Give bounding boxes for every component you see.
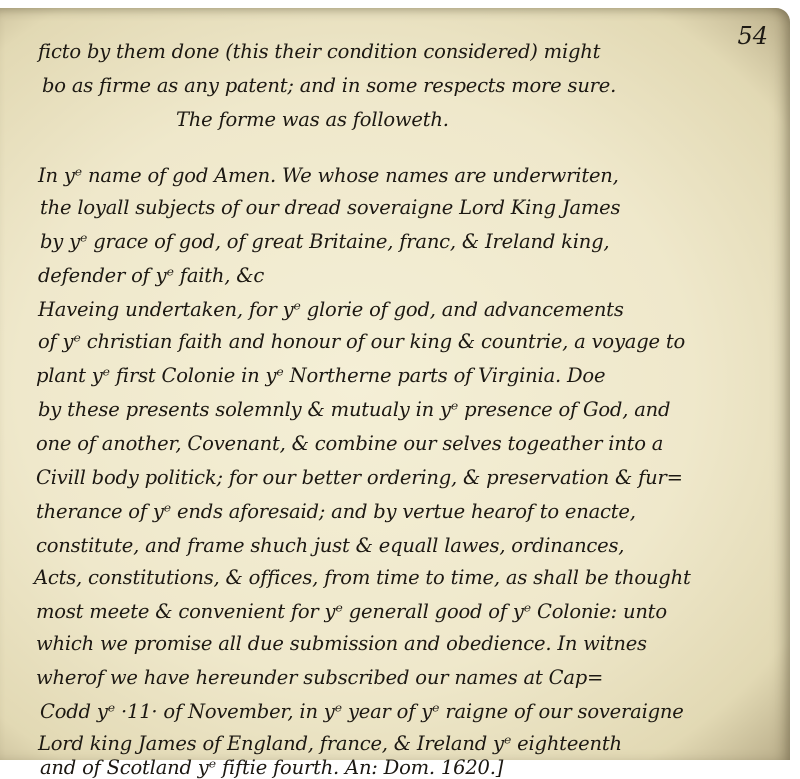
- compact-line-8: by these presents solemnly & mutualy in …: [38, 398, 670, 421]
- compact-line-15: which we promise all due submission and …: [36, 632, 647, 655]
- compact-line-5: Haveing undertaken, for yᵉ glorie of god…: [38, 298, 624, 321]
- compact-line-1: In yᵉ name of god Amen. We whose names a…: [38, 164, 619, 187]
- compact-line-4: defender of yᵉ faith, &c: [38, 264, 264, 287]
- compact-line-13: Acts, constitutions, & offices, from tim…: [34, 566, 691, 589]
- compact-line-16: wherof we have hereunder subscribed our …: [36, 666, 603, 689]
- compact-line-14: most meete & convenient for yᵉ generall …: [36, 600, 667, 623]
- compact-line-12: constitute, and frame shuch just & equal…: [36, 534, 624, 557]
- preamble-line-2: bo as firme as any patent; and in some r…: [42, 74, 616, 97]
- page-number: 54: [737, 22, 768, 50]
- compact-line-10: Civill body politick; for our better ord…: [36, 466, 683, 489]
- compact-line-9: one of another, Covenant, & combine our …: [36, 432, 663, 455]
- manuscript-page: 54 ficto by them done (this their condit…: [0, 8, 790, 760]
- compact-line-17: Codd yᵉ ·11· of November, in yᵉ year of …: [40, 700, 684, 723]
- preamble-line-3: The forme was as followeth.: [176, 108, 449, 131]
- compact-line-18: Lord king James of England, france, & Ir…: [38, 732, 622, 755]
- compact-line-19: and of Scotland yᵉ fiftie fourth. An: Do…: [40, 756, 503, 760]
- compact-line-3: by yᵉ grace of god, of great Britaine, f…: [40, 230, 609, 253]
- compact-line-6: of yᵉ christian faith and honour of our …: [38, 330, 685, 353]
- preamble-line-1: ficto by them done (this their condition…: [38, 40, 600, 63]
- compact-line-7: plant yᵉ first Colonie in yᵉ Northerne p…: [36, 364, 605, 387]
- compact-line-11: therance of yᵉ ends aforesaid; and by ve…: [36, 500, 636, 523]
- compact-line-2: the loyall subjects of our dread soverai…: [40, 196, 620, 219]
